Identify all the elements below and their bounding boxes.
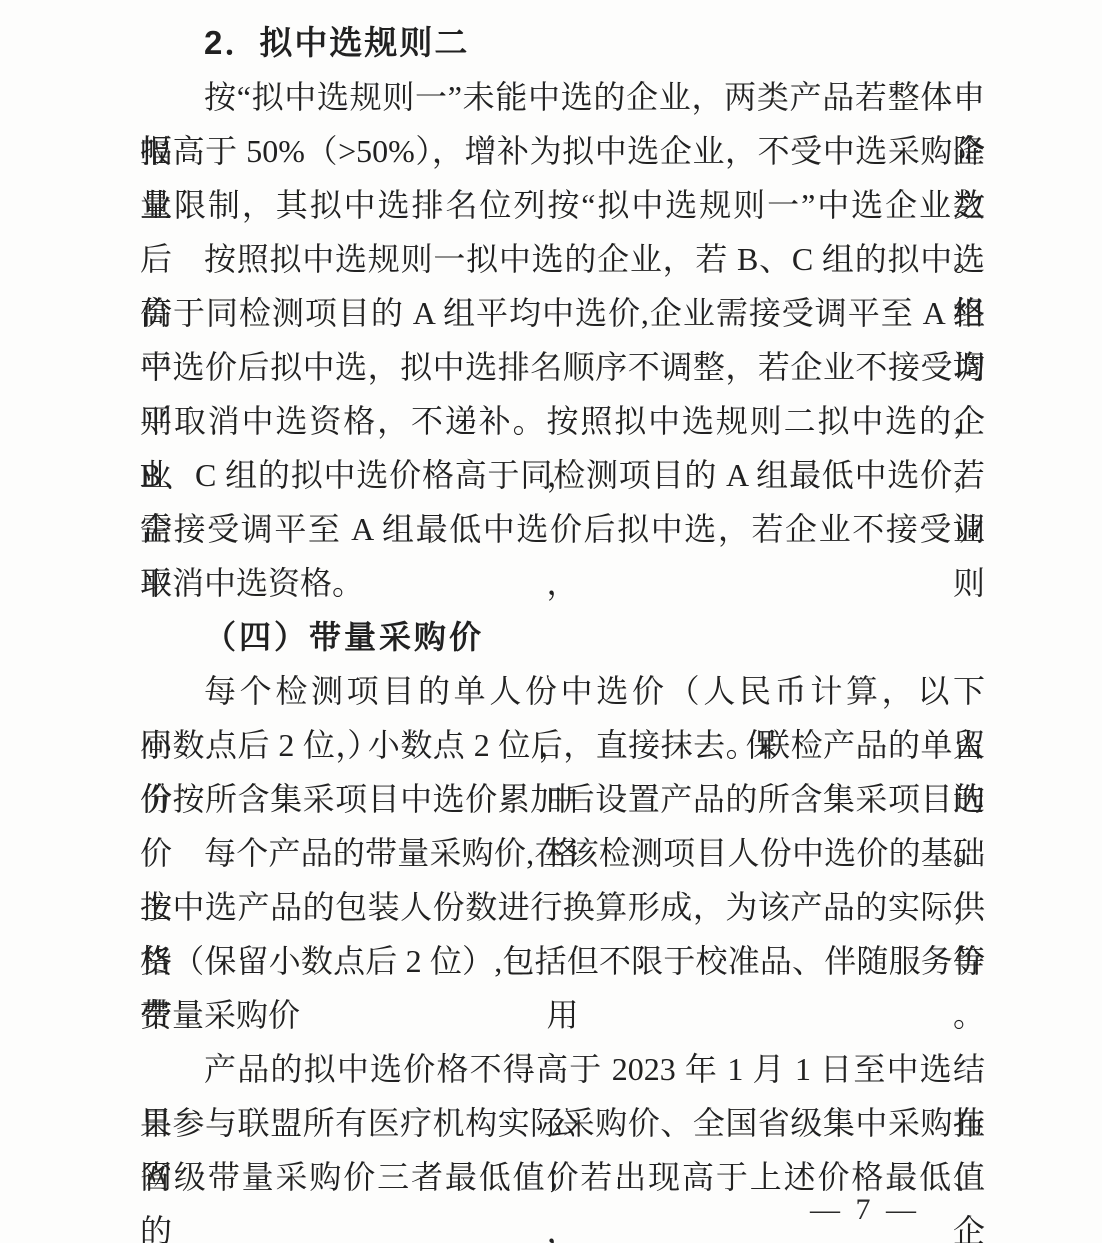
page-number: — 7 — [810,1193,920,1227]
paragraph-5: 产品的拟中选价格不得高于 2023 年 1 月 1 日至中选结果公布 日参与联盟… [140,1042,985,1204]
subsection-heading: （四）带量采购价 [140,610,985,664]
text-line: 则取消中选资格，不递补。按照拟中选规则二拟中选的企业，若 [140,394,985,448]
text-line: 按中选产品的包装人份数进行换算形成，为该产品的实际供货价 [140,880,985,934]
text-line: 量限制，其拟中选排名位列按“拟中选规则一”中选企业之后。 [140,178,985,232]
paragraph-4: 每个产品的带量采购价,在该检测项目人份中选价的基础上， 按中选产品的包装人份数进… [140,826,985,1042]
text-line: 高于同检测项目的 A 组平均中选价,企业需接受调平至 A 组平均 [140,286,985,340]
text-line: B、C 组的拟中选价格高于同检测项目的 A 组最低中选价，企业 [140,448,985,502]
section-heading: 2．拟中选规则二 [140,16,985,70]
paragraph-3: 每个检测项目的单人份中选价（人民币计算，以下同），保留 小数点后 2 位，小数点… [140,664,985,826]
text-line: 中选价后拟中选，拟中选排名顺序不调整，若企业不接受调平， [140,340,985,394]
text-line: 价按所含集采项目中选价累加后设置产品的所含集采项目的价格。 [140,772,985,826]
text-line: 每个检测项目的单人份中选价（人民币计算，以下同），保留 [140,664,985,718]
text-line: 幅高于 50%（>50%），增补为拟中选企业，不受中选采购企业数 [140,124,985,178]
text-line: 产品的拟中选价格不得高于 2023 年 1 月 1 日至中选结果公布 [140,1042,985,1096]
text-line: 按“拟中选规则一”未能中选的企业，两类产品若整体申报降 [140,70,985,124]
document-page: 2．拟中选规则二 按“拟中选规则一”未能中选的企业，两类产品若整体申报降 幅高于… [0,0,1102,1243]
text-line: 小数点后 2 位，小数点 2 位后，直接抹去。联检产品的单人份中选 [140,718,985,772]
text-line: 格（保留小数点后 2 位）,包括但不限于校准品、伴随服务等费用。 [140,934,985,988]
text-line: 需接受调平至 A 组最低中选价后拟中选，若企业不接受调平，则 [140,502,985,556]
text-line: 每个产品的带量采购价,在该检测项目人份中选价的基础上， [140,826,985,880]
text-line: 日参与联盟所有医疗机构实际采购价、全国省级集中采购挂网价、 [140,1096,985,1150]
paragraph-2: 按照拟中选规则一拟中选的企业，若 B、C 组的拟中选价格 高于同检测项目的 A … [140,232,985,610]
text-line: 按照拟中选规则一拟中选的企业，若 B、C 组的拟中选价格 [140,232,985,286]
paragraph-1: 按“拟中选规则一”未能中选的企业，两类产品若整体申报降 幅高于 50%（>50%… [140,70,985,232]
